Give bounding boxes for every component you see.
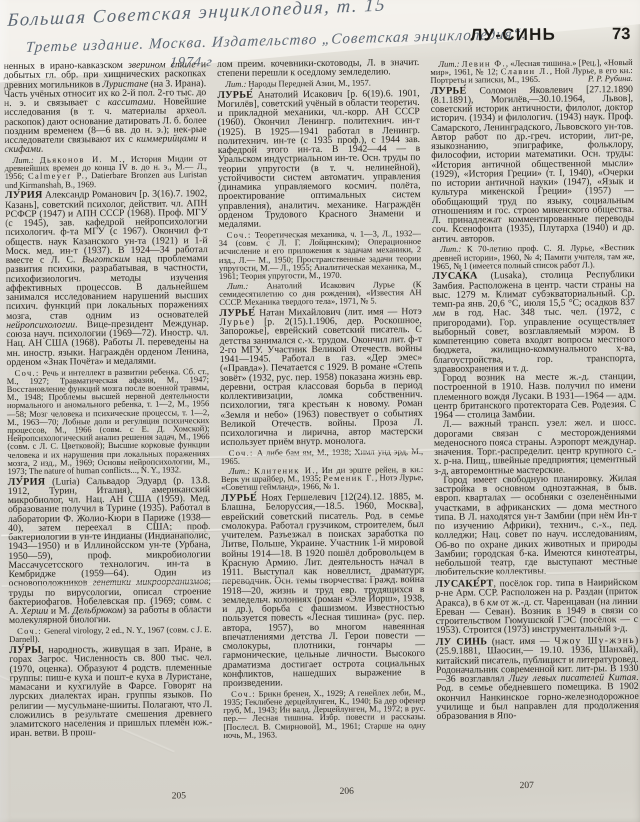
page-content: Большая Советская энциклопедия, т. 15 Тр… (0, 0, 640, 822)
handwritten-note-line1: Большая Советская энциклопедия, т. 15 (7, 0, 387, 32)
text-run: и (198, 133, 207, 144)
text-run: Ноях Гершелевич [12(24).12. 1885, м. Бла… (221, 491, 425, 689)
text-run: . (41, 144, 44, 155)
column-3: Лит.: Левин Ф., «Лесная тишина.» [Рец.],… (430, 56, 639, 737)
reference-paragraph: Соч.: А либе бам ям, М., 1938; Химл унд … (221, 447, 423, 465)
continuation-paragraph: лом преим. кочевники-скотоводы, Л. в зна… (217, 58, 419, 78)
text-run: Город имеет свободную планировку. Жилая … (434, 473, 637, 578)
entry-paragraph: ЛУ́РЫ, народность, живущая в зап. Иране,… (9, 644, 212, 738)
text-run: Лит.: (225, 79, 246, 89)
text-run: Соломон Яковлевич [27.12.1890 (8.1.1891)… (431, 84, 635, 245)
text-run: К 70-летию проф. С. Я. Лурье, «Вестник д… (432, 242, 634, 270)
reference-paragraph: Соч.: Речь и интеллект в развитии ребенк… (7, 367, 210, 476)
text-run: Л.— важный трансп. узел: жел. и шосс. до… (434, 417, 637, 476)
running-head-title: ЛУ-СИНЬ (470, 25, 556, 46)
reference-paragraph: Соч.: Брикн бренен, Х., 1929; А генейлех… (223, 688, 426, 739)
text-run: (Luria) Сальвадор Эдуард (р. 13.8. 1912,… (8, 475, 211, 590)
entry-paragraph: ЛУРЬЕ́ Анатолий Исакович [р. 6(19).6. 19… (217, 89, 421, 230)
entry-paragraph: ЛУСАКЕ́РТ, посёлок гор. типа в Наирийско… (435, 578, 638, 635)
reference-paragraph: Лит.: Дьяконов И. М., История Мидии от д… (5, 154, 208, 189)
text-run: Анатолий Исакович [р. 6(19).6. 1901, Мог… (217, 88, 420, 230)
reference-paragraph: Лит.: Клитеник И., Ин ди эрште рейен, в … (221, 465, 424, 492)
reference-paragraph: Соч.: General virology, 2 ed., N. Y., 19… (9, 625, 211, 643)
running-head-page-number: 73 (612, 25, 631, 44)
text-run: киммерийцами (136, 133, 198, 145)
column-page-number-1: 205 (172, 791, 186, 801)
text-run: скифами (4, 144, 41, 155)
body-paragraph: Город возник на месте ж.-д. станции, пос… (433, 372, 636, 420)
text-run: ) [р. 2(15).1.1906, дер. Роскошное, Запо… (220, 315, 423, 448)
scanned-page: Большая Советская энциклопедия, т. 15 Тр… (0, 0, 640, 822)
handwritten-note-line2: Третье издание. Москва. Издательство „Со… (25, 26, 527, 57)
entry-paragraph: ЛУ СИНЬ (наст. имя — Чжоу Шу-жэнь) (25.9… (436, 636, 639, 721)
reference-paragraph: Соч.: Теоретическая механика, ч. 1—3, Л.… (219, 229, 422, 280)
running-head: ЛУ-СИНЬ 73 (470, 24, 630, 46)
entry-paragraph: ЛУРЬЕ́ Натан Михайлович (лит. имя — Нотэ… (219, 307, 423, 448)
text-run: Речь и интеллект в развитии ребенка. Сб.… (7, 366, 210, 476)
body-paragraph: Л.— важный трансп. узел: жел. и шосс. до… (434, 418, 637, 475)
author-signature: Р. Р. Рубина. (580, 74, 633, 83)
reference-paragraph: Лит.: Левин Ф., «Лесная тишина.» [Рец.],… (430, 57, 633, 84)
entry-paragraph: ЛУРЬЕ́ Ноях Гершелевич [12(24).12. 1885,… (221, 492, 425, 688)
entry-paragraph: ЛУ́РИЯ Александр Романович [р. 3(16).7. … (5, 189, 209, 367)
text-run: Город возник на месте ж.-д. станции, пос… (433, 371, 636, 421)
text-run: Народы Передней Азии, М., 1957. (246, 77, 371, 88)
reference-paragraph: Лит.: Народы Передней Азии, М., 1957. (217, 78, 419, 88)
text-run: лом преим. кочевники-скотоводы, Л. в зна… (217, 57, 419, 79)
entry-paragraph: ЛУ́РИЯ (Luria) Сальвадор Эдуард (р. 13.8… (8, 476, 212, 626)
column-page-number-3: 207 (520, 781, 534, 791)
text-columns: ненных в ирано-кавказском зверином стиле… (4, 56, 639, 741)
text-run: над проблемами развития психики, разраба… (6, 253, 209, 321)
text-run: Анатолий Исакович Лурье (К семидесятилет… (219, 279, 421, 307)
text-run: в год. Нас. 348 тыс. чел. (1972, с приго… (433, 306, 636, 374)
entry-paragraph: ЛУСА́КА (Lusaka), столица Республики Зам… (432, 270, 635, 374)
reference-paragraph: Лит.: Анатолий Исакович Лурье (К семидес… (219, 280, 422, 307)
body-paragraph: Город имеет свободную планировку. Жилая … (434, 474, 637, 578)
continuation-paragraph: ненных в ирано-кавказском зверином стиле… (4, 60, 207, 154)
text-run: , народность, живущая в зап. Иране, в го… (9, 643, 212, 739)
column-1: ненных в ирано-кавказском зверином стиле… (4, 60, 213, 741)
column-2: лом преим. кочевники-скотоводы, Л. в зна… (217, 58, 426, 739)
reference-paragraph: Лит.: К 70-летию проф. С. Я. Лурье, «Вес… (432, 243, 635, 270)
entry-paragraph: ЛУРЬЕ́ Соломон Яковлевич [27.12.1890 (8.… (431, 85, 635, 244)
column-page-number-2: 206 (340, 787, 354, 797)
